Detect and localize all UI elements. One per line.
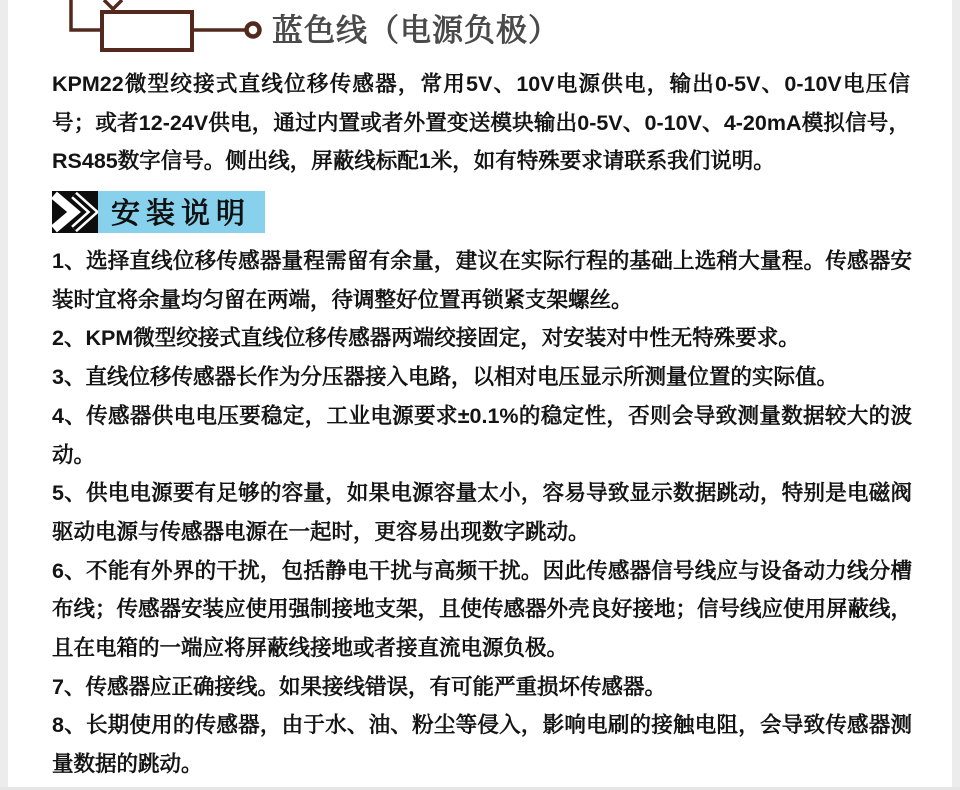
list-item: 2、KPM微型绞接式直线位移传感器两端绞接固定，对安装对中性无特殊要求。: [52, 319, 912, 358]
page-edge-left: [0, 0, 8, 790]
list-item: 8、长期使用的传感器，由于水、油、粉尘等侵入，影响电刷的接触电阻，会导致传感器测…: [52, 706, 912, 783]
intro-paragraph: KPM22微型绞接式直线位移传感器，常用5V、10V电源供电，输出0-5V、0-…: [52, 65, 910, 181]
page-edge-right: [952, 0, 960, 790]
installation-notes-list: 1、选择直线位移传感器量程需留有余量，建议在实际行程的基础上选稍大量程。传感器安…: [52, 242, 912, 784]
list-item: 1、选择直线位移传感器量程需留有余量，建议在实际行程的基础上选稍大量程。传感器安…: [52, 242, 912, 319]
list-item: 4、传感器供电电压要稳定，工业电源要求±0.1%的稳定性，否则会导致测量数据较大…: [52, 397, 912, 474]
list-item: 5、供电电源要有足够的容量，如果电源容量太小，容易导致显示数据跳动，特别是电磁阀…: [52, 474, 912, 551]
wire-label-blue-negative: 蓝色线（电源负极）: [272, 5, 560, 50]
product-instruction-page: 蓝色线（电源负极） KPM22微型绞接式直线位移传感器，常用5V、10V电源供电…: [0, 0, 960, 790]
wiring-diagram: 蓝色线（电源负极）: [0, 0, 600, 58]
section-title-highlight: 安装说明: [98, 191, 265, 233]
list-item: 6、不能有外界的干扰，包括静电干扰与高频干扰。因此传感器信号线应与设备动力线分槽…: [52, 552, 912, 668]
list-item: 3、直线位移传感器长作为分压器接入电路，以相对电压显示所测量位置的实际值。: [52, 358, 912, 397]
double-chevron-right-icon: [52, 191, 98, 233]
section-header: 安装说明: [52, 191, 265, 233]
section-title: 安装说明: [111, 191, 251, 232]
list-item: 7、传感器应正确接线。如果接线错误，有可能严重损坏传感器。: [52, 668, 912, 707]
